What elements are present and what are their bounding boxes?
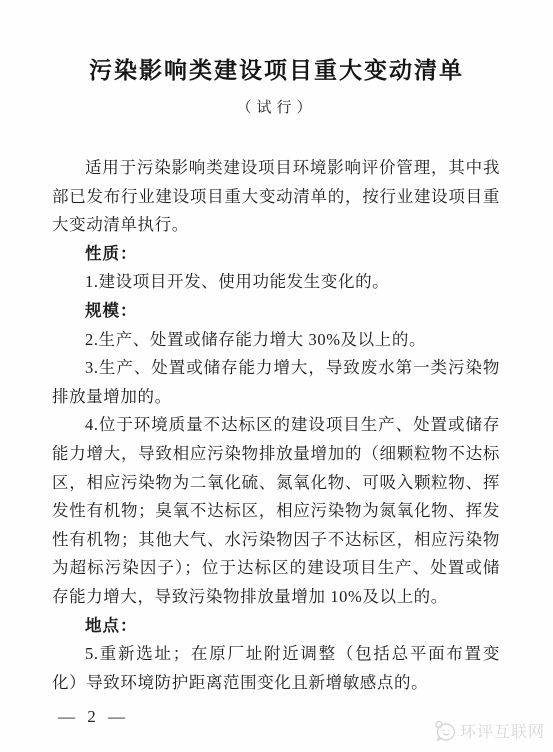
watermark-text: 环评互联网 (460, 719, 545, 742)
paragraph-scope-intro: 适用于污染影响类建设项目环境影响评价管理，其中我部已发布行业建设项目重大变动清单… (52, 154, 500, 240)
list-item-5: 5.重新选址；在原厂址附近调整（包括总平面布置变化）导致环境防护距离范围变化且新… (52, 640, 500, 697)
document-page: 污染影响类建设项目重大变动清单 （试行） 适用于污染影响类建设项目环境影响评价管… (0, 0, 553, 752)
section-heading-location: 地点： (52, 612, 500, 641)
document-title: 污染影响类建设项目重大变动清单 (0, 0, 553, 87)
list-item-2: 2.生产、处置或储存能力增大 30%及以上的。 (52, 326, 500, 355)
list-item-4: 4.位于环境质量不达标区的建设项目生产、处置或储存能力增大，导致相应污染物排放量… (52, 411, 500, 611)
document-subtitle: （试行） (0, 98, 553, 118)
list-item-1: 1.建设项目开发、使用功能发生变化的。 (52, 268, 500, 297)
list-item-3: 3.生产、处置或储存能力增大，导致废水第一类污染物排放量增加的。 (52, 354, 500, 411)
section-heading-scale: 规模： (52, 297, 500, 326)
section-heading-nature: 性质： (52, 240, 500, 269)
document-body: 适用于污染影响类建设项目环境影响评价管理，其中我部已发布行业建设项目重大变动清单… (52, 154, 500, 697)
watermark: 环评互联网 (433, 719, 545, 742)
chat-bubble-face-icon (433, 720, 457, 742)
